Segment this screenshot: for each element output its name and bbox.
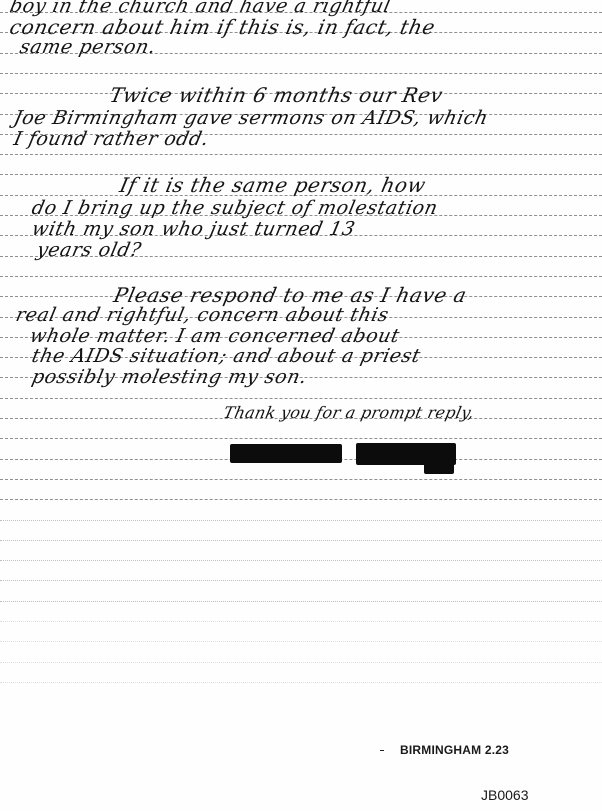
handwriting-line: Twice within 6 months our Rev [108, 85, 445, 105]
ruled-line [0, 621, 602, 622]
closing-line: Thank you for a prompt reply, [222, 405, 476, 421]
handwriting-line: boy in the church and have a rightful [8, 0, 393, 16]
signature-redaction-1 [230, 444, 342, 463]
ruled-line [0, 601, 602, 602]
exhibit-label: BIRMINGHAM 2.23 [400, 743, 509, 757]
ruled-line [0, 499, 602, 500]
ruled-line [0, 580, 602, 581]
handwriting-line: concern about him if this is, in fact, t… [8, 17, 437, 37]
handwriting-line: Please respond to me as I have a [112, 285, 469, 305]
ruled-line [0, 662, 602, 663]
ruled-line [0, 540, 602, 541]
handwriting-line: If it is the same person, how [118, 175, 428, 195]
handwriting-line: whole matter. I am concerned about [28, 327, 401, 346]
ruled-line [0, 560, 602, 561]
ruled-line [0, 641, 602, 642]
ruled-line [0, 479, 602, 480]
handwriting-line: possibly molesting my son. [30, 368, 309, 387]
handwriting-line: with my son who just turned 13 [30, 220, 357, 239]
handwriting-line: the AIDS situation; and about a priest [30, 347, 422, 366]
ruled-line [0, 276, 602, 277]
dash-mark [380, 750, 384, 751]
ruled-line [0, 73, 602, 74]
letter-page: boy in the church and have a rightful co… [0, 0, 602, 811]
ruled-line [0, 520, 602, 521]
ruled-line [0, 398, 602, 399]
handwriting-line: Joe Birmingham gave sermons on AIDS, whi… [12, 109, 490, 128]
handwriting-line: same person. [18, 38, 158, 57]
handwriting-line: do I bring up the subject of molestation [30, 199, 440, 218]
handwriting-line: I found rather odd. [12, 130, 211, 149]
ruled-line [0, 438, 602, 439]
ruled-line [0, 682, 602, 683]
handwriting-line: years old? [35, 241, 143, 260]
ruled-line [0, 154, 602, 155]
handwriting-line: real and rightful, concern about this [14, 306, 391, 325]
bates-number: JB0063 [481, 787, 528, 803]
signature-redaction-2-tail [424, 458, 454, 474]
